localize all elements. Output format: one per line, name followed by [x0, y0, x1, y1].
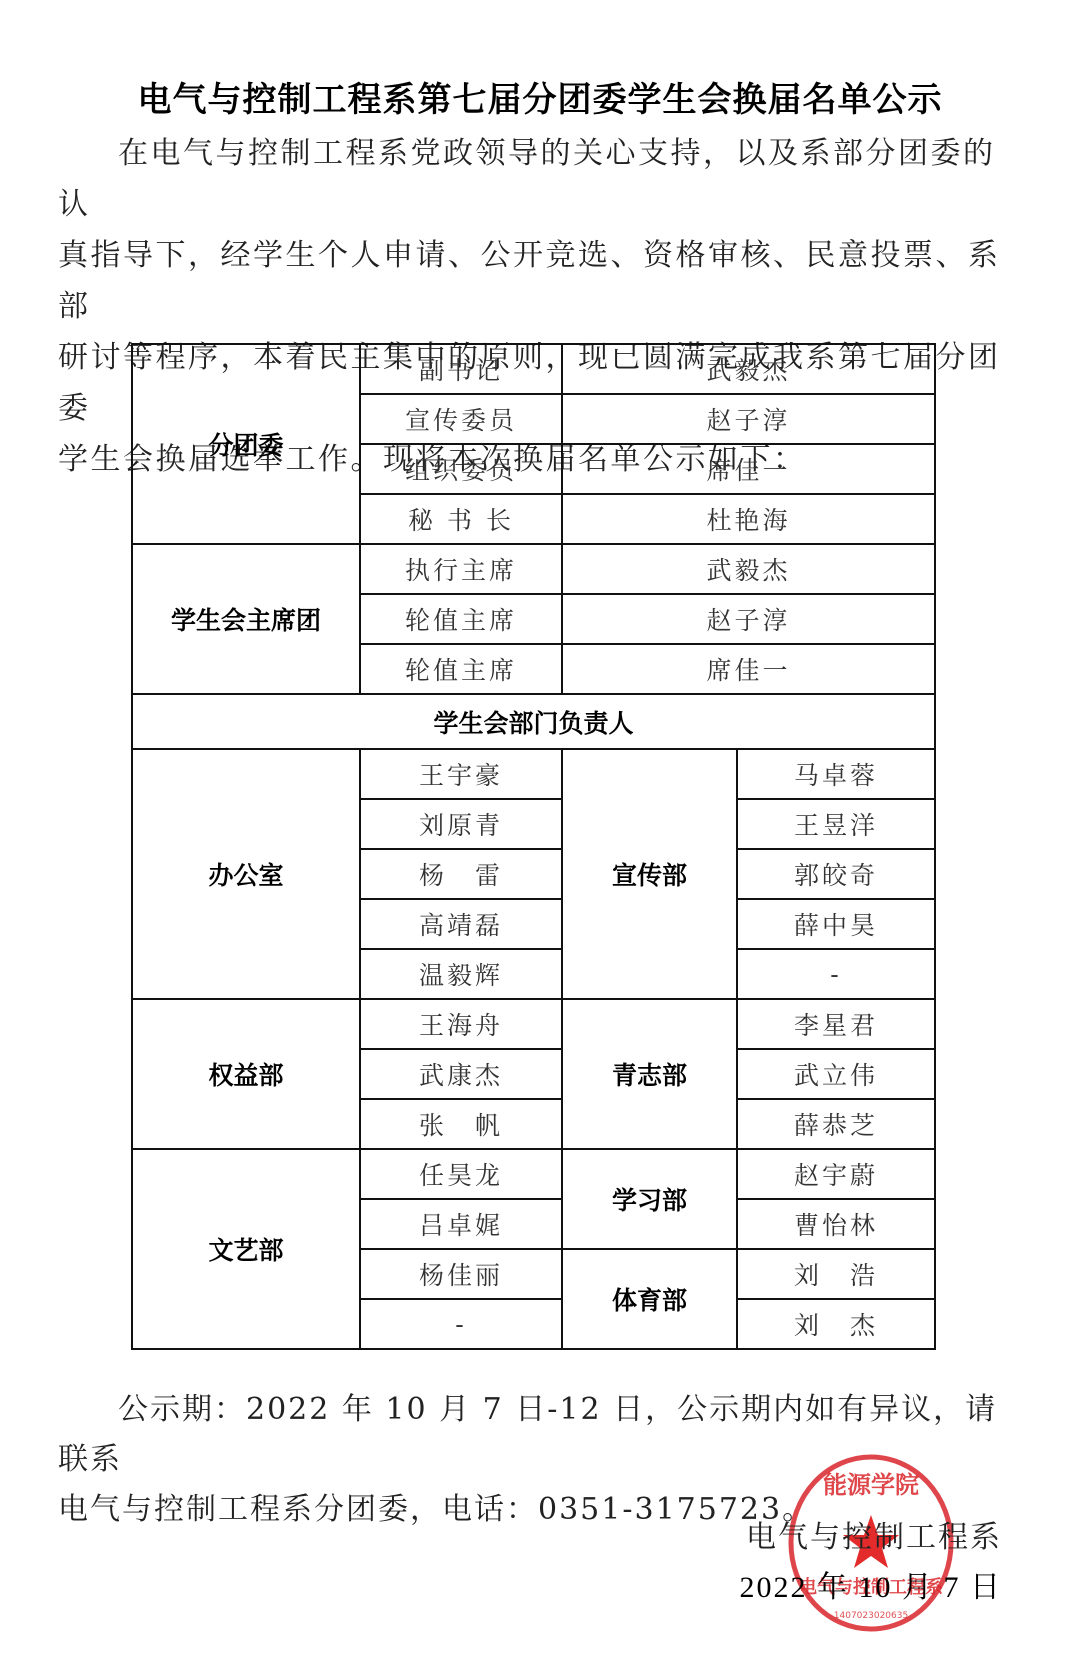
name-cell: 武毅杰 [562, 544, 935, 594]
table-row: 办公室 王宇豪 宣传部 马卓蓉 [132, 749, 935, 799]
member-cell: 薛恭芝 [737, 1099, 935, 1149]
member-cell: 马卓蓉 [737, 749, 935, 799]
role-cell: 秘 书 长 [360, 494, 562, 544]
member-cell: 薛中昊 [737, 899, 935, 949]
dept-label-office: 办公室 [132, 749, 360, 999]
role-cell: 宣传委员 [360, 394, 562, 444]
seal-code: 1407023020635 [834, 1611, 908, 1621]
table-row: 权益部 王海舟 青志部 李星君 [132, 999, 935, 1049]
role-cell: 轮值主席 [360, 594, 562, 644]
member-cell: 赵宇蔚 [737, 1149, 935, 1199]
member-cell: 武康杰 [360, 1049, 562, 1099]
member-cell: 刘原青 [360, 799, 562, 849]
role-cell: 组织委员 [360, 444, 562, 494]
member-cell: 王昱洋 [737, 799, 935, 849]
role-cell: 执行主席 [360, 544, 562, 594]
dept-label-arts: 文艺部 [132, 1149, 360, 1349]
intro-line-1: 在电气与控制工程系党政领导的关心支持，以及系部分团委的认 [58, 128, 1008, 230]
roster-table: 分团委 副书记 武毅杰 宣传委员 赵子淳 组织委员 席佳一 秘 书 长 杜艳海 … [131, 343, 936, 1350]
member-cell: 曹怡林 [737, 1199, 935, 1249]
member-cell: - [737, 949, 935, 999]
member-cell: - [360, 1299, 562, 1349]
dept-label-volunteer: 青志部 [562, 999, 737, 1149]
role-cell: 轮值主席 [360, 644, 562, 694]
member-cell: 郭皎奇 [737, 849, 935, 899]
table-row: 分团委 副书记 武毅杰 [132, 344, 935, 394]
member-cell: 武立伟 [737, 1049, 935, 1099]
member-cell: 王宇豪 [360, 749, 562, 799]
member-cell: 杨 雷 [360, 849, 562, 899]
member-cell: 李星君 [737, 999, 935, 1049]
name-cell: 武毅杰 [562, 344, 935, 394]
member-cell: 任昊龙 [360, 1149, 562, 1199]
signature-org: 电气与控制工程系 [746, 1512, 1002, 1556]
intro-line-2: 真指导下，经学生个人申请、公开竞选、资格审核、民意投票、系部 [58, 230, 1008, 332]
name-cell: 席佳一 [562, 444, 935, 494]
dept-label-rights: 权益部 [132, 999, 360, 1149]
name-cell: 杜艳海 [562, 494, 935, 544]
name-cell: 赵子淳 [562, 594, 935, 644]
document-title: 电气与控制工程系第七届分团委学生会换届名单公示 [0, 72, 1080, 121]
section-header: 学生会部门负责人 [132, 694, 935, 749]
member-cell: 高靖磊 [360, 899, 562, 949]
member-cell: 王海舟 [360, 999, 562, 1049]
role-cell: 副书记 [360, 344, 562, 394]
member-cell: 刘 浩 [737, 1249, 935, 1299]
signature-date: 2022 年 10 月 7 日 [740, 1562, 1003, 1606]
member-cell: 温毅辉 [360, 949, 562, 999]
name-cell: 席佳一 [562, 644, 935, 694]
group-label-tuanwei: 分团委 [132, 344, 360, 544]
member-cell: 刘 杰 [737, 1299, 935, 1349]
member-cell: 张 帆 [360, 1099, 562, 1149]
table-row: 学生会主席团 执行主席 武毅杰 [132, 544, 935, 594]
seal-top-text: 能源学院 [823, 1471, 919, 1499]
section-header-row: 学生会部门负责人 [132, 694, 935, 749]
dept-label-sports: 体育部 [562, 1249, 737, 1349]
group-label-presidium: 学生会主席团 [132, 544, 360, 694]
dept-label-study: 学习部 [562, 1149, 737, 1249]
table-row: 文艺部 任昊龙 学习部 赵宇蔚 [132, 1149, 935, 1199]
member-cell: 杨佳丽 [360, 1249, 562, 1299]
name-cell: 赵子淳 [562, 394, 935, 444]
member-cell: 吕卓娓 [360, 1199, 562, 1249]
dept-label-publicity: 宣传部 [562, 749, 737, 999]
